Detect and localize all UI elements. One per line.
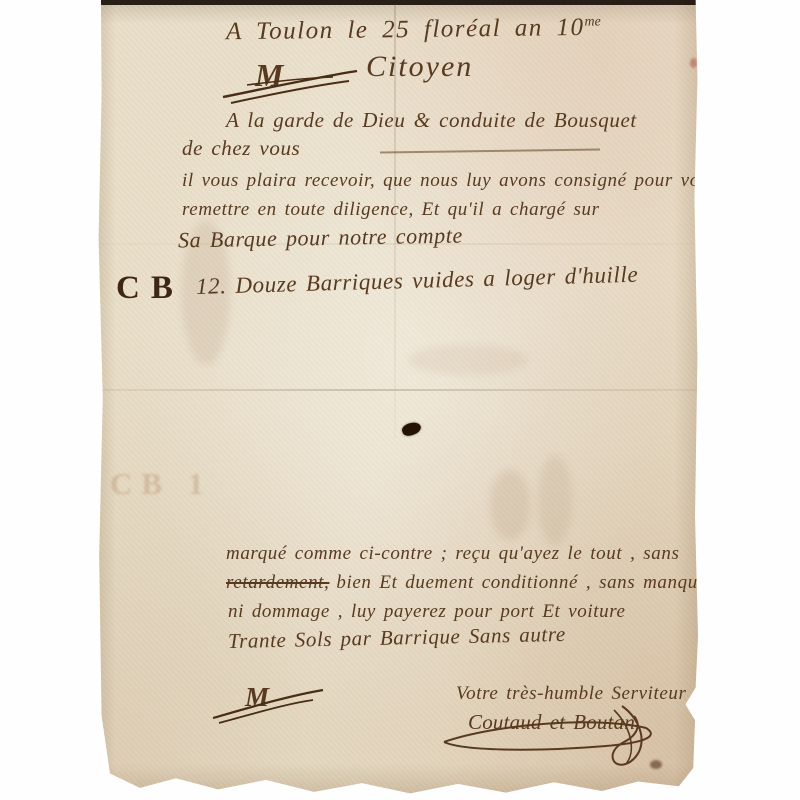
ink-blot [401,420,423,437]
closing-line-2: retardement,bien Et duement conditionné … [226,572,707,594]
consign-line-2: de chez vous [182,136,300,161]
dateline: A Toulon le 25 floréal an 10me [226,14,601,47]
body-line-2: remettre en toute diligence, Et qu'il a … [182,199,600,221]
cargo-mark: CB [116,270,184,307]
struck-out-monsieur: M [223,55,363,105]
closing-line-1: marqué comme ci-contre ; reçu qu'ayez le… [226,543,680,565]
show-through-smudge [490,470,530,540]
struck-word: retardement, [226,572,329,593]
blank-rule-line [380,148,600,153]
letter-paper: CB 1 A Toulon le 25 floréal an 10me M Ci… [98,0,698,795]
strikethrough-lines-icon [213,680,328,725]
closing-line-3: ni dommage , luy payerez pour port Et vo… [228,601,626,623]
struck-out-initial: M [213,680,328,725]
ghost-cargo-mark: CB 1 [110,466,212,502]
scan-edge-band [98,0,698,5]
closing-line-4: Trante Sols par Barrique Sans autre [228,622,566,654]
signature-flourish [436,700,671,780]
dateline-text: A Toulon le 25 floréal an 10 [226,14,585,45]
horizontal-fold-crease [98,389,698,391]
strikethrough-lines-icon [223,55,363,105]
body-line-3: Sa Barque pour notre compte [178,223,463,254]
photo-of-letter: CB 1 A Toulon le 25 floréal an 10me M Ci… [0,0,800,800]
consign-line-1: A la garde de Dieu & conduite de Bousque… [226,108,637,133]
closing-line-2-rest: bien Et duement conditionné , sans manqu… [336,572,706,593]
dateline-superscript: me [584,14,601,29]
show-through-smudge [538,455,572,545]
cargo-line: 12. Douze Barriques vuides a loger d'hui… [196,262,639,300]
body-line-1: il vous plaira recevoir, que nous luy av… [182,170,718,192]
wax-stain [690,58,697,68]
salutation: Citoyen [366,50,473,84]
show-through-smudge [408,345,528,375]
